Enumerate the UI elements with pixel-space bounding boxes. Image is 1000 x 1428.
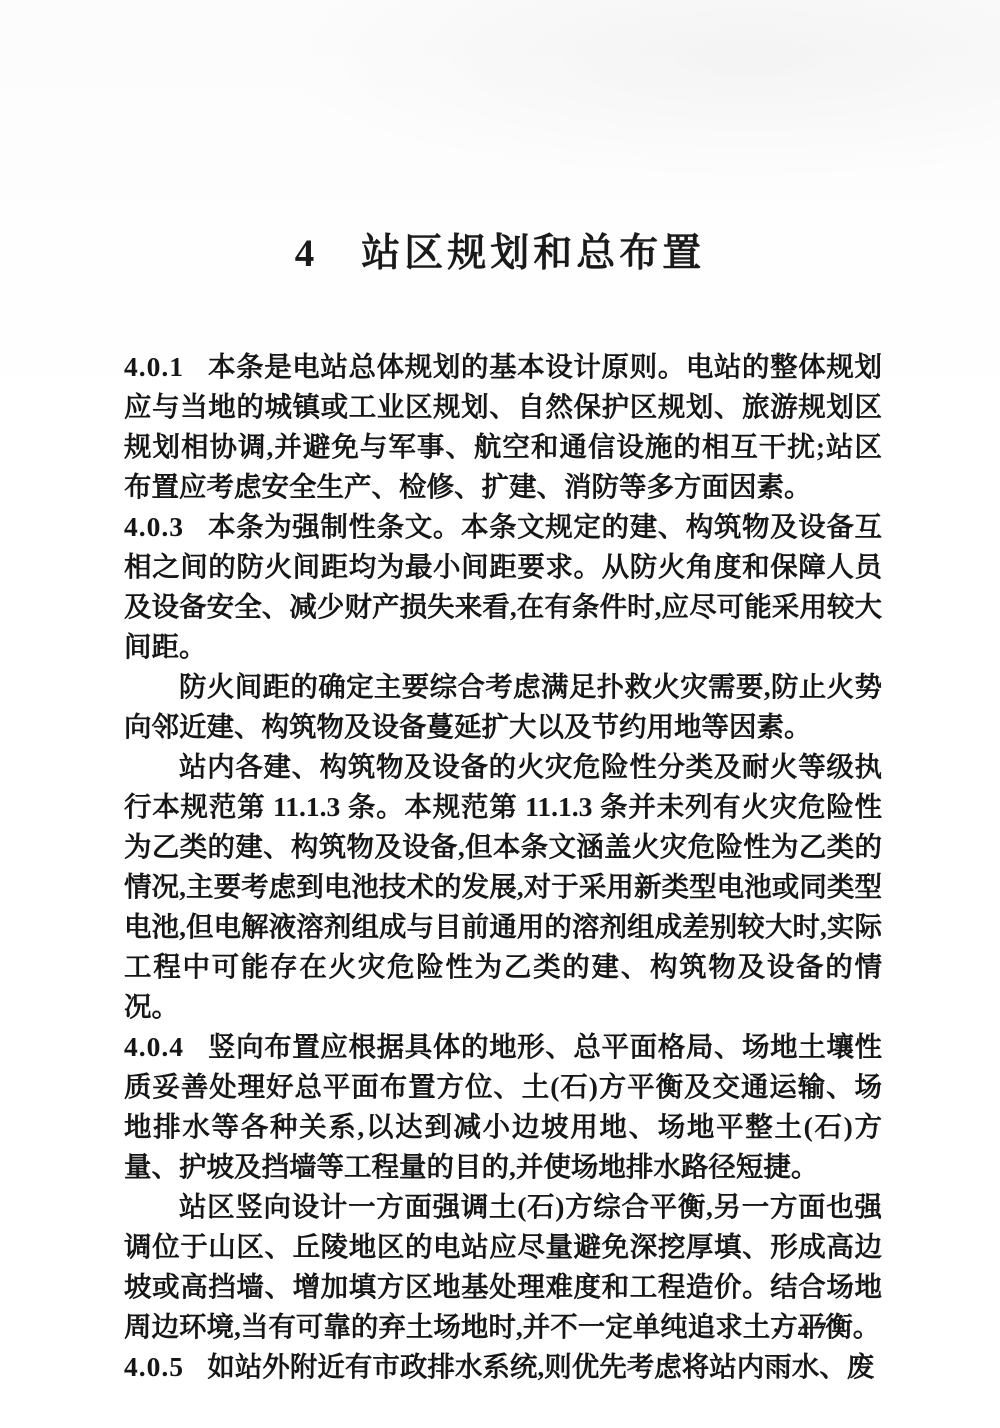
- chapter-title: 4 站区规划和总布置: [0, 222, 1000, 278]
- paragraph-fire-separation: 防火间距的确定主要综合考虑满足扑救火灾需要,防止火势向邻近建、构筑物及设备蔓延扩…: [124, 667, 882, 747]
- clause-text: 竖向布置应根据具体的地形、总平面格局、场地土壤性质妥善处理好总平面布置方位、土(…: [124, 1031, 882, 1182]
- clause-text: 如站外附近有市政排水系统,则优先考虑将站内雨水、废: [207, 1351, 874, 1382]
- clause-4-0-3: 4.0.3本条为强制性条文。本条文规定的建、构筑物及设备互相之间的防火间距均为最…: [124, 507, 882, 667]
- page-number: · 47 ·: [772, 1318, 858, 1344]
- clause-text: 本条为强制性条文。本条文规定的建、构筑物及设备互相之间的防火间距均为最小间距要求…: [124, 511, 882, 662]
- paragraph-fire-hazard-classification: 站内各建、构筑物及设备的火灾危险性分类及耐火等级执行本规范第 11.1.3 条。…: [124, 747, 882, 1027]
- clause-4-0-1: 4.0.1本条是电站总体规划的基本设计原则。电站的整体规划应与当地的城镇或工业区…: [124, 347, 882, 507]
- scanned-document-page: 4 站区规划和总布置 4.0.1本条是电站总体规划的基本设计原则。电站的整体规划…: [0, 0, 1000, 1428]
- clause-text: 本条是电站总体规划的基本设计原则。电站的整体规划应与当地的城镇或工业区规划、自然…: [124, 351, 882, 502]
- paragraph-text: 站区竖向设计一方面强调土(石)方综合平衡,另一方面也强调位于山区、丘陵地区的电站…: [124, 1191, 882, 1342]
- clause-4-0-4: 4.0.4竖向布置应根据具体的地形、总平面格局、场地土壤性质妥善处理好总平面布置…: [124, 1027, 882, 1187]
- document-body: 4.0.1本条是电站总体规划的基本设计原则。电站的整体规划应与当地的城镇或工业区…: [124, 347, 882, 1387]
- clause-number: 4.0.3: [124, 511, 184, 542]
- paragraph-text: 站内各建、构筑物及设备的火灾危险性分类及耐火等级执行本规范第 11.1.3 条。…: [124, 751, 882, 1022]
- clause-number: 4.0.4: [124, 1031, 184, 1062]
- clause-number: 4.0.1: [124, 351, 184, 382]
- paragraph-text: 防火间距的确定主要综合考虑满足扑救火灾需要,防止火势向邻近建、构筑物及设备蔓延扩…: [124, 671, 882, 742]
- clause-4-0-5: 4.0.5如站外附近有市政排水系统,则优先考虑将站内雨水、废: [124, 1347, 882, 1387]
- paragraph-vertical-design: 站区竖向设计一方面强调土(石)方综合平衡,另一方面也强调位于山区、丘陵地区的电站…: [124, 1187, 882, 1347]
- clause-number: 4.0.5: [124, 1351, 184, 1382]
